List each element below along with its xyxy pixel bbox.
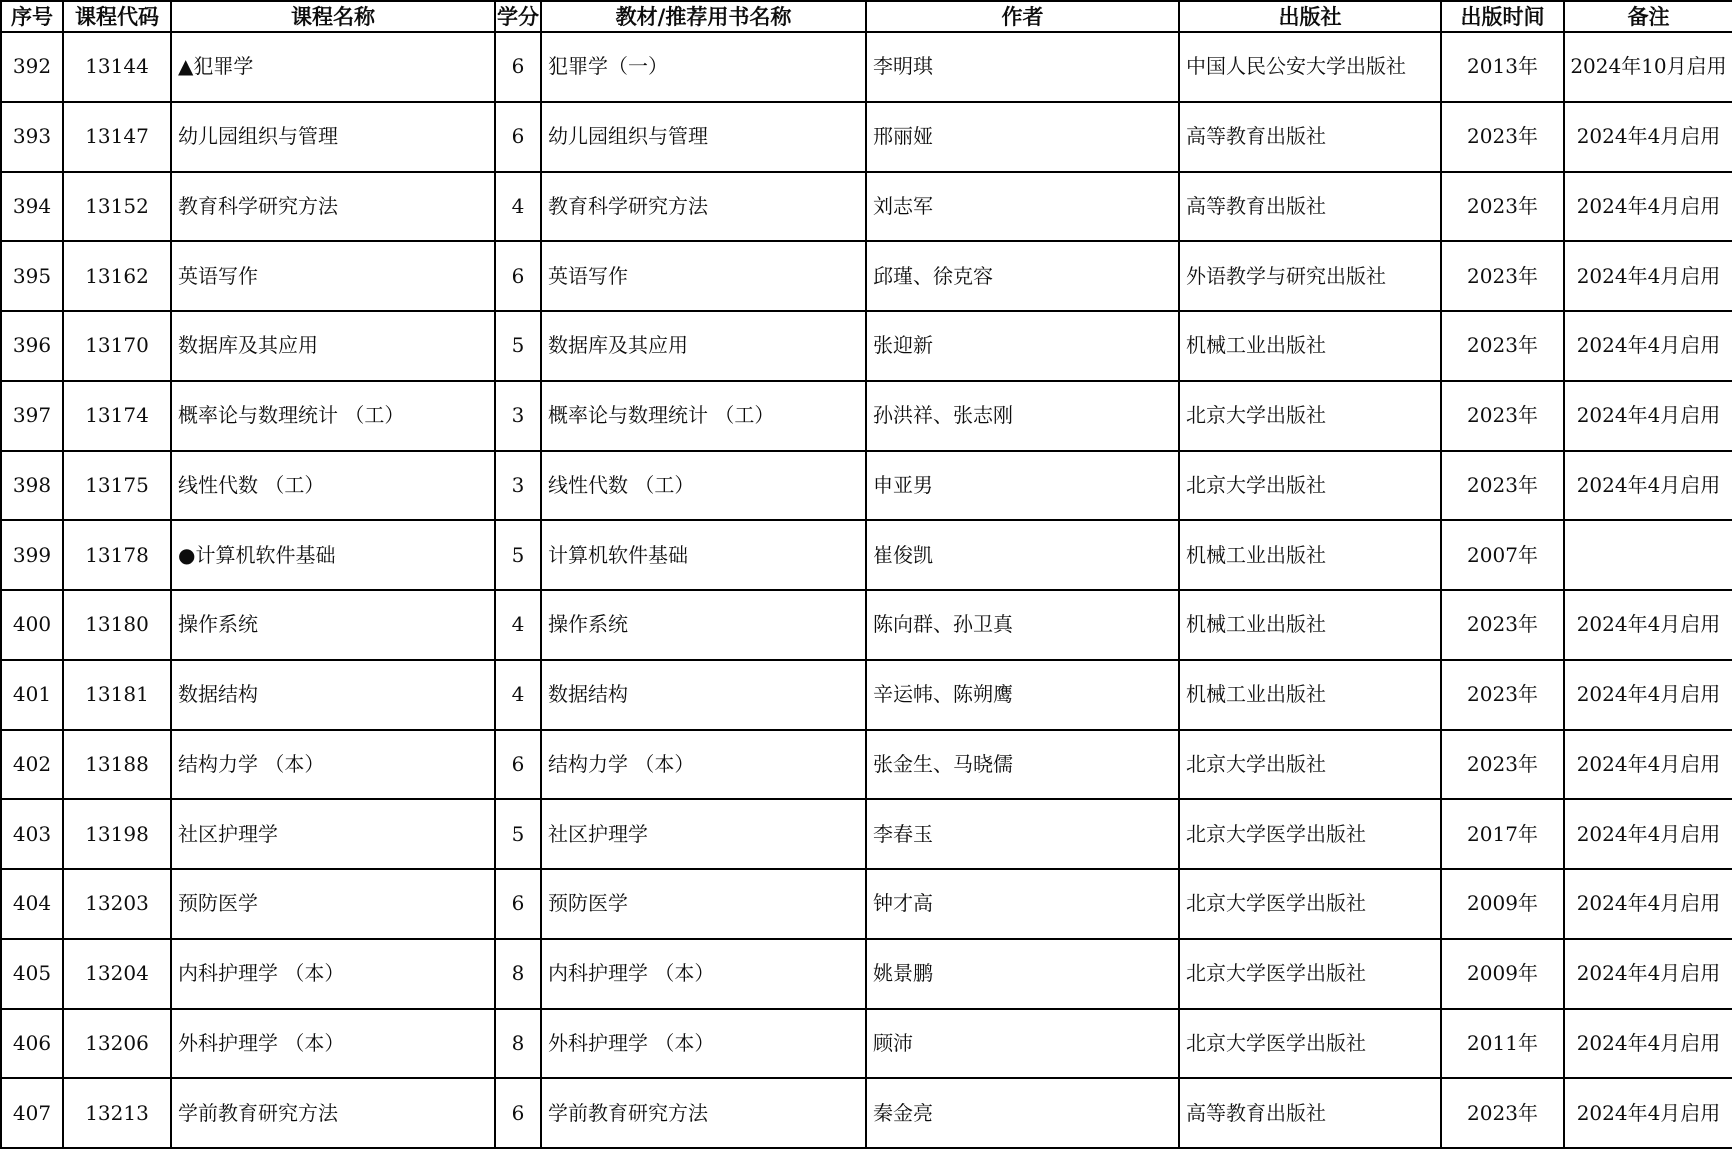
cell-course: 英语写作: [171, 241, 495, 311]
cell-note: 2024年4月启用: [1564, 590, 1732, 660]
cell-author: 姚景鹏: [866, 939, 1179, 1009]
cell-note: 2024年10月启用: [1564, 32, 1732, 102]
table-row: 40213188结构力学 （本）6结构力学 （本）张金生、马晓儒北京大学出版社2…: [1, 730, 1732, 800]
cell-textbook: 教育科学研究方法: [541, 172, 866, 242]
cell-credit: 5: [495, 520, 541, 590]
column-header-course: 课程名称: [171, 1, 495, 32]
cell-textbook: 计算机软件基础: [541, 520, 866, 590]
cell-seq: 394: [1, 172, 63, 242]
table-row: 39413152教育科学研究方法4教育科学研究方法刘志军高等教育出版社2023年…: [1, 172, 1732, 242]
cell-author: 崔俊凯: [866, 520, 1179, 590]
cell-publisher: 外语教学与研究出版社: [1179, 241, 1441, 311]
cell-year: 2013年: [1441, 32, 1564, 102]
cell-credit: 5: [495, 799, 541, 869]
cell-textbook: 学前教育研究方法: [541, 1078, 866, 1148]
cell-note: 2024年4月启用: [1564, 241, 1732, 311]
cell-publisher: 中国人民公安大学出版社: [1179, 32, 1441, 102]
cell-code: 13170: [63, 311, 171, 381]
cell-code: 13188: [63, 730, 171, 800]
cell-seq: 405: [1, 939, 63, 1009]
cell-credit: 6: [495, 730, 541, 800]
cell-textbook: 概率论与数理统计 （工）: [541, 381, 866, 451]
cell-author: 张迎新: [866, 311, 1179, 381]
cell-course: 社区护理学: [171, 799, 495, 869]
cell-course: 操作系统: [171, 590, 495, 660]
cell-year: 2023年: [1441, 172, 1564, 242]
cell-note: 2024年4月启用: [1564, 939, 1732, 1009]
cell-course: ●计算机软件基础: [171, 520, 495, 590]
cell-seq: 407: [1, 1078, 63, 1148]
cell-publisher: 高等教育出版社: [1179, 172, 1441, 242]
table-row: 39613170数据库及其应用5数据库及其应用张迎新机械工业出版社2023年20…: [1, 311, 1732, 381]
cell-note: 2024年4月启用: [1564, 660, 1732, 730]
column-header-year: 出版时间: [1441, 1, 1564, 32]
cell-year: 2023年: [1441, 1078, 1564, 1148]
cell-credit: 4: [495, 590, 541, 660]
cell-course: 外科护理学 （本）: [171, 1009, 495, 1079]
cell-course: 教育科学研究方法: [171, 172, 495, 242]
cell-publisher: 北京大学出版社: [1179, 381, 1441, 451]
cell-author: 刘志军: [866, 172, 1179, 242]
column-header-note: 备注: [1564, 1, 1732, 32]
cell-publisher: 北京大学医学出版社: [1179, 869, 1441, 939]
cell-year: 2007年: [1441, 520, 1564, 590]
cell-seq: 392: [1, 32, 63, 102]
cell-textbook: 数据库及其应用: [541, 311, 866, 381]
cell-course: 内科护理学 （本）: [171, 939, 495, 1009]
cell-credit: 8: [495, 1009, 541, 1079]
cell-course: 线性代数 （工）: [171, 451, 495, 521]
cell-textbook: 线性代数 （工）: [541, 451, 866, 521]
cell-note: 2024年4月启用: [1564, 799, 1732, 869]
cell-code: 13175: [63, 451, 171, 521]
cell-credit: 6: [495, 102, 541, 172]
cell-credit: 3: [495, 451, 541, 521]
cell-seq: 403: [1, 799, 63, 869]
cell-seq: 396: [1, 311, 63, 381]
table-body: 39213144▲犯罪学6犯罪学（一）李明琪中国人民公安大学出版社2013年20…: [1, 32, 1732, 1148]
table-row: 40713213学前教育研究方法6学前教育研究方法秦金亮高等教育出版社2023年…: [1, 1078, 1732, 1148]
cell-course: 概率论与数理统计 （工）: [171, 381, 495, 451]
table-row: 40613206外科护理学 （本）8外科护理学 （本）顾沛北京大学医学出版社20…: [1, 1009, 1732, 1079]
cell-publisher: 北京大学出版社: [1179, 730, 1441, 800]
cell-seq: 402: [1, 730, 63, 800]
cell-note: 2024年4月启用: [1564, 451, 1732, 521]
column-header-textbook: 教材/推荐用书名称: [541, 1, 866, 32]
cell-note: 2024年4月启用: [1564, 730, 1732, 800]
cell-code: 13206: [63, 1009, 171, 1079]
cell-code: 13204: [63, 939, 171, 1009]
cell-textbook: 结构力学 （本）: [541, 730, 866, 800]
cell-credit: 5: [495, 311, 541, 381]
cell-seq: 401: [1, 660, 63, 730]
column-header-author: 作者: [866, 1, 1179, 32]
cell-credit: 6: [495, 32, 541, 102]
cell-seq: 400: [1, 590, 63, 660]
cell-publisher: 机械工业出版社: [1179, 660, 1441, 730]
cell-code: 13203: [63, 869, 171, 939]
cell-author: 顾沛: [866, 1009, 1179, 1079]
cell-note: 2024年4月启用: [1564, 869, 1732, 939]
cell-textbook: 操作系统: [541, 590, 866, 660]
cell-author: 陈向群、孙卫真: [866, 590, 1179, 660]
cell-author: 钟才高: [866, 869, 1179, 939]
cell-course: 结构力学 （本）: [171, 730, 495, 800]
cell-seq: 404: [1, 869, 63, 939]
table-row: 40013180操作系统4操作系统陈向群、孙卫真机械工业出版社2023年2024…: [1, 590, 1732, 660]
cell-code: 13162: [63, 241, 171, 311]
cell-publisher: 北京大学出版社: [1179, 451, 1441, 521]
cell-textbook: 外科护理学 （本）: [541, 1009, 866, 1079]
cell-author: 秦金亮: [866, 1078, 1179, 1148]
cell-year: 2009年: [1441, 869, 1564, 939]
cell-seq: 395: [1, 241, 63, 311]
course-textbook-table: 序号课程代码课程名称学分教材/推荐用书名称作者出版社出版时间备注 3921314…: [0, 0, 1732, 1149]
column-header-credit: 学分: [495, 1, 541, 32]
cell-credit: 4: [495, 660, 541, 730]
cell-code: 13174: [63, 381, 171, 451]
cell-textbook: 预防医学: [541, 869, 866, 939]
cell-note: [1564, 520, 1732, 590]
cell-note: 2024年4月启用: [1564, 1009, 1732, 1079]
cell-seq: 398: [1, 451, 63, 521]
table-row: 39813175线性代数 （工）3线性代数 （工）申亚男北京大学出版社2023年…: [1, 451, 1732, 521]
cell-course: 学前教育研究方法: [171, 1078, 495, 1148]
table-row: 39313147幼儿园组织与管理6幼儿园组织与管理邢丽娅高等教育出版社2023年…: [1, 102, 1732, 172]
table-row: 40113181数据结构4数据结构辛运帏、陈朔鹰机械工业出版社2023年2024…: [1, 660, 1732, 730]
cell-note: 2024年4月启用: [1564, 102, 1732, 172]
cell-course: 幼儿园组织与管理: [171, 102, 495, 172]
table-row: 40313198社区护理学5社区护理学李春玉北京大学医学出版社2017年2024…: [1, 799, 1732, 869]
table-row: 40413203预防医学6预防医学钟才高北京大学医学出版社2009年2024年4…: [1, 869, 1732, 939]
cell-year: 2023年: [1441, 730, 1564, 800]
cell-publisher: 机械工业出版社: [1179, 311, 1441, 381]
cell-code: 13198: [63, 799, 171, 869]
table-row: 39913178●计算机软件基础5计算机软件基础崔俊凯机械工业出版社2007年: [1, 520, 1732, 590]
column-header-seq: 序号: [1, 1, 63, 32]
cell-author: 辛运帏、陈朔鹰: [866, 660, 1179, 730]
cell-credit: 8: [495, 939, 541, 1009]
cell-credit: 6: [495, 1078, 541, 1148]
table-row: 39713174概率论与数理统计 （工）3概率论与数理统计 （工）孙洪祥、张志刚…: [1, 381, 1732, 451]
cell-publisher: 北京大学医学出版社: [1179, 1009, 1441, 1079]
cell-publisher: 机械工业出版社: [1179, 590, 1441, 660]
cell-note: 2024年4月启用: [1564, 1078, 1732, 1148]
column-header-publisher: 出版社: [1179, 1, 1441, 32]
cell-year: 2023年: [1441, 451, 1564, 521]
course-textbook-list-page: 序号课程代码课程名称学分教材/推荐用书名称作者出版社出版时间备注 3921314…: [0, 0, 1732, 1149]
cell-course: ▲犯罪学: [171, 32, 495, 102]
cell-note: 2024年4月启用: [1564, 381, 1732, 451]
table-header: 序号课程代码课程名称学分教材/推荐用书名称作者出版社出版时间备注: [1, 1, 1732, 32]
cell-credit: 3: [495, 381, 541, 451]
cell-seq: 399: [1, 520, 63, 590]
cell-textbook: 内科护理学 （本）: [541, 939, 866, 1009]
cell-author: 李明琪: [866, 32, 1179, 102]
cell-year: 2009年: [1441, 939, 1564, 1009]
cell-year: 2023年: [1441, 241, 1564, 311]
cell-code: 13181: [63, 660, 171, 730]
cell-year: 2023年: [1441, 660, 1564, 730]
cell-textbook: 英语写作: [541, 241, 866, 311]
cell-course: 数据库及其应用: [171, 311, 495, 381]
cell-credit: 6: [495, 869, 541, 939]
cell-publisher: 北京大学医学出版社: [1179, 939, 1441, 1009]
cell-year: 2023年: [1441, 102, 1564, 172]
cell-course: 数据结构: [171, 660, 495, 730]
cell-author: 孙洪祥、张志刚: [866, 381, 1179, 451]
cell-textbook: 幼儿园组织与管理: [541, 102, 866, 172]
cell-seq: 397: [1, 381, 63, 451]
table-row: 39213144▲犯罪学6犯罪学（一）李明琪中国人民公安大学出版社2013年20…: [1, 32, 1732, 102]
cell-seq: 393: [1, 102, 63, 172]
cell-year: 2017年: [1441, 799, 1564, 869]
cell-textbook: 数据结构: [541, 660, 866, 730]
column-header-code: 课程代码: [63, 1, 171, 32]
cell-author: 申亚男: [866, 451, 1179, 521]
cell-year: 2023年: [1441, 311, 1564, 381]
cell-code: 13144: [63, 32, 171, 102]
cell-author: 邢丽娅: [866, 102, 1179, 172]
cell-code: 13152: [63, 172, 171, 242]
cell-publisher: 机械工业出版社: [1179, 520, 1441, 590]
cell-credit: 6: [495, 241, 541, 311]
cell-publisher: 高等教育出版社: [1179, 102, 1441, 172]
cell-textbook: 社区护理学: [541, 799, 866, 869]
cell-publisher: 北京大学医学出版社: [1179, 799, 1441, 869]
cell-publisher: 高等教育出版社: [1179, 1078, 1441, 1148]
cell-code: 13178: [63, 520, 171, 590]
table-header-row: 序号课程代码课程名称学分教材/推荐用书名称作者出版社出版时间备注: [1, 1, 1732, 32]
cell-year: 2023年: [1441, 590, 1564, 660]
cell-year: 2011年: [1441, 1009, 1564, 1079]
cell-code: 13180: [63, 590, 171, 660]
cell-author: 李春玉: [866, 799, 1179, 869]
cell-author: 张金生、马晓儒: [866, 730, 1179, 800]
table-row: 40513204内科护理学 （本）8内科护理学 （本）姚景鹏北京大学医学出版社2…: [1, 939, 1732, 1009]
table-row: 39513162英语写作6英语写作邱瑾、徐克容外语教学与研究出版社2023年20…: [1, 241, 1732, 311]
cell-code: 13213: [63, 1078, 171, 1148]
cell-author: 邱瑾、徐克容: [866, 241, 1179, 311]
cell-year: 2023年: [1441, 381, 1564, 451]
cell-course: 预防医学: [171, 869, 495, 939]
cell-note: 2024年4月启用: [1564, 311, 1732, 381]
cell-credit: 4: [495, 172, 541, 242]
cell-seq: 406: [1, 1009, 63, 1079]
cell-code: 13147: [63, 102, 171, 172]
cell-note: 2024年4月启用: [1564, 172, 1732, 242]
cell-textbook: 犯罪学（一）: [541, 32, 866, 102]
